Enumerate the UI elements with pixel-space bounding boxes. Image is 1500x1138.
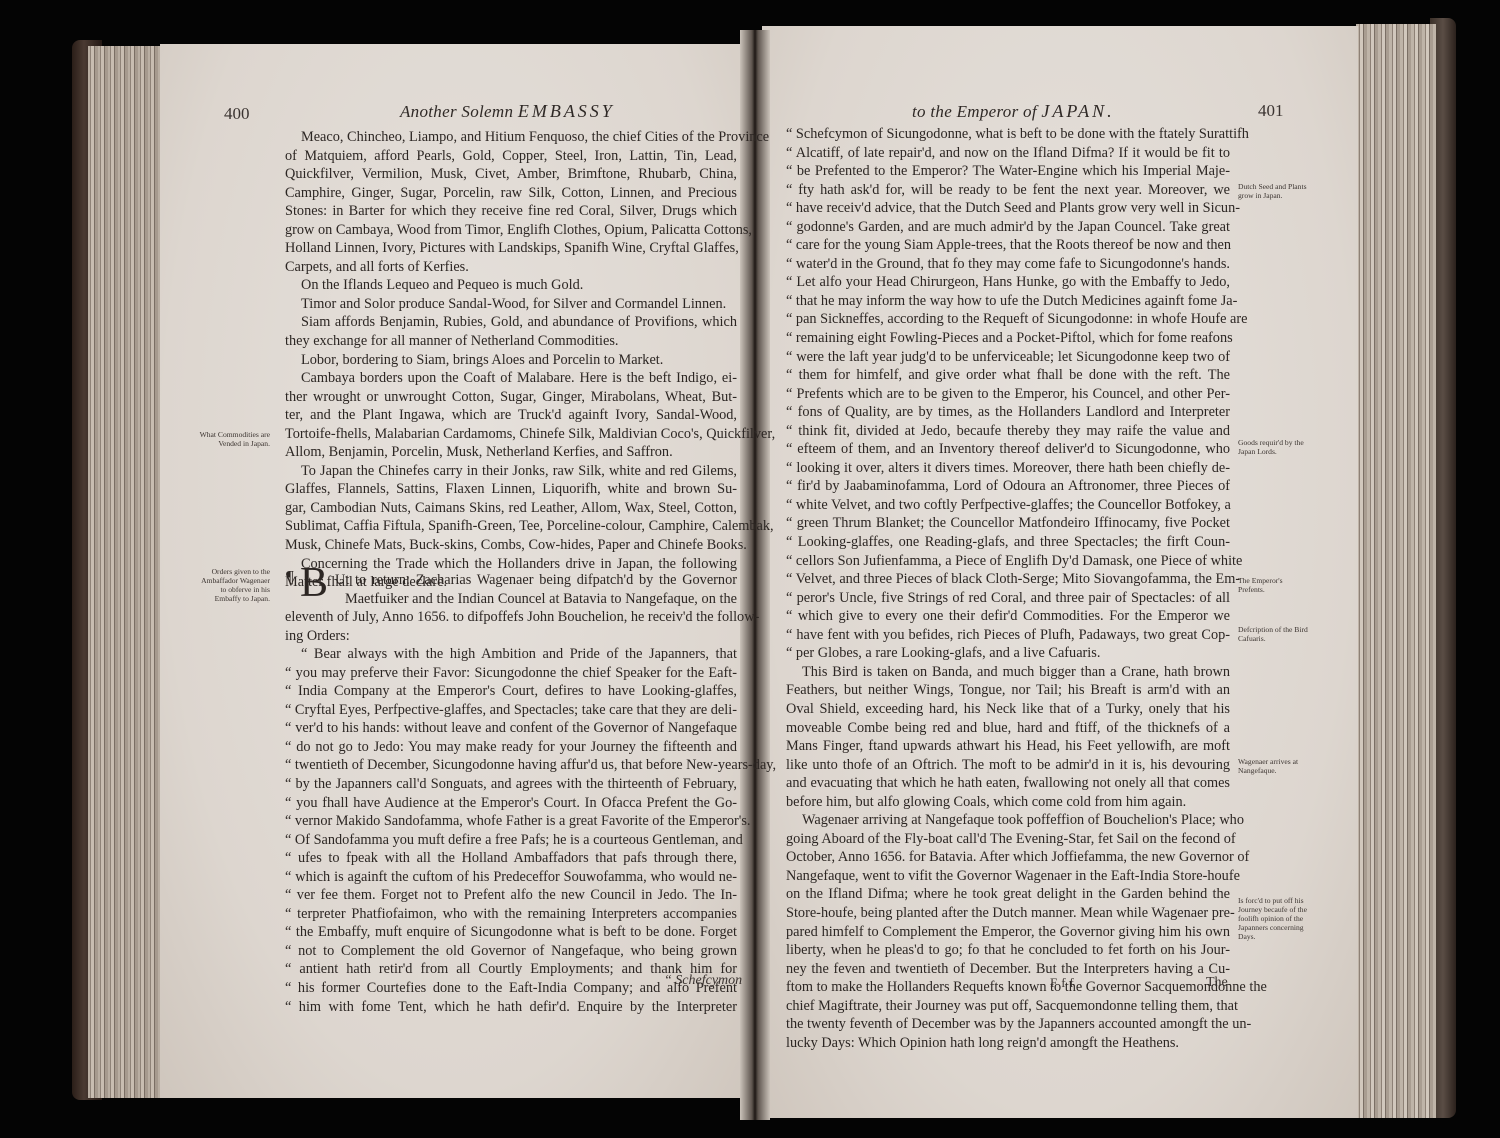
- text-line: Glaffes, Flannels, Sattins, Flaxen Linne…: [285, 480, 737, 499]
- text-line: Cambaya borders upon the Coaft of Malaba…: [285, 369, 737, 388]
- text-line: chief Magiftrate, their Journey was put …: [786, 997, 1230, 1016]
- text-line: moveable Combe being red and blue, hard …: [786, 719, 1230, 738]
- text-line: “ Schefcymon of Sicungodonne, what is be…: [786, 125, 1230, 144]
- margin-note-journey-delayed: Is forc'd to put off his Journey becaufe…: [1238, 896, 1310, 941]
- text-line: and evacuating that which he hath eaten,…: [786, 774, 1230, 793]
- text-line: Carpets, and all forts of Kerfies.: [285, 258, 737, 277]
- text-line: Store-houfe, being planted after the Dut…: [786, 904, 1230, 923]
- text-line: going Aboard of the Fly-boat call'd The …: [786, 830, 1230, 849]
- running-head-left-prefix: Another Solemn: [400, 102, 518, 121]
- text-line: Feathers, but neither Wings, Tongue, nor…: [786, 681, 1230, 700]
- text-line: eleventh of July, Anno 1656. to difpoffe…: [285, 608, 737, 627]
- text-line: Stones: in Barter for which they receive…: [285, 202, 737, 221]
- text-line: To Japan the Chinefes carry in their Jon…: [285, 462, 737, 481]
- text-line: “ have fent with you befides, rich Piece…: [786, 626, 1230, 645]
- text-line: “ you may preferve their Favor: Sicungod…: [285, 664, 737, 683]
- page-number-left: 400: [224, 104, 250, 124]
- text-line: on the Ifland Difma; where he took great…: [786, 885, 1230, 904]
- catchword-right: The: [1206, 975, 1228, 991]
- text-line: Mans Finger, ftand upwards athwart his H…: [786, 737, 1230, 756]
- text-line: gar, Cambodian Nuts, Caimans Skins, red …: [285, 499, 737, 518]
- running-head-left-caps: EMBASSY: [518, 101, 615, 121]
- text-line: “ Velvet, and three Pieces of black Clot…: [786, 570, 1230, 589]
- page-edges-left: [88, 46, 160, 1098]
- margin-note-goods-required: Goods requir'd by the Japan Lords.: [1238, 438, 1310, 456]
- running-head-left: Another Solemn EMBASSY: [400, 101, 615, 122]
- margin-note-wagenaer-arrives: Wagenaer arrives at Nangefaque.: [1238, 757, 1310, 775]
- running-head-right-caps: JAPAN.: [1041, 101, 1114, 121]
- running-head-right: to the Emperor of JAPAN.: [912, 101, 1115, 122]
- text-line: “ were the laft year judg'd to be unferv…: [786, 348, 1230, 367]
- text-line: “ ufes to fpeak with all the Holland Amb…: [285, 849, 737, 868]
- text-line: “ not to Complement the old Governor of …: [285, 942, 737, 961]
- signature-mark: Fff: [1050, 975, 1078, 991]
- text-line: “ looking it over, alters it divers time…: [786, 459, 1230, 478]
- catchword-left: “ Schefcymon: [664, 973, 742, 989]
- text-line: they exchange for all manner of Netherla…: [285, 332, 737, 351]
- page-edges-right: [1356, 24, 1436, 1118]
- text-line: “ fty hath ask'd for, will be ready to b…: [786, 181, 1230, 200]
- text-line: ney the feven and twentieth of December.…: [786, 960, 1230, 979]
- text-line: like unto thofe of an Oftrich. The moft …: [786, 756, 1230, 775]
- book-gutter: [740, 30, 770, 1120]
- text-line: “ efteem of them, and an Inventory there…: [786, 440, 1230, 459]
- text-line: ther wrought or unwrought Cotton, Sugar,…: [285, 388, 737, 407]
- text-line: “ remaining eight Fowling-Pieces and a P…: [786, 329, 1230, 348]
- text-line: “ them for himfelf, and give order what …: [786, 366, 1230, 385]
- left-text-orders: Ut to return: Zacharias Wagenaer being d…: [285, 571, 737, 1016]
- left-text-top: Meaco, Chincheo, Liampo, and Hitium Fenq…: [285, 128, 737, 592]
- text-line: ftom to make the Hollanders Requefts kno…: [786, 978, 1230, 997]
- text-line: “ Cryftal Eyes, Perfpective-glaffes, and…: [285, 701, 737, 720]
- text-line: October, Anno 1656. for Batavia. After w…: [786, 848, 1230, 867]
- text-line: Sublimat, Caffia Fiftula, Spanifh-Green,…: [285, 517, 737, 536]
- text-line: “ vernor Makido Sandofamma, whofe Father…: [285, 812, 737, 831]
- text-line: Musk, Chinefe Mats, Buck-skins, Combs, C…: [285, 536, 737, 555]
- text-line: “ green Thrum Blanket; the Councellor Ma…: [786, 514, 1230, 533]
- text-line: “ Bear always with the high Ambition and…: [285, 645, 737, 664]
- text-line: the twenty feventh of December was by th…: [786, 1015, 1230, 1034]
- text-line: “ India Company at the Emperor's Court, …: [285, 682, 737, 701]
- text-line: “ fons of Quality, are by times, as the …: [786, 403, 1230, 422]
- text-line: Lobor, bordering to Siam, brings Aloes a…: [285, 351, 737, 370]
- text-line: Camphire, Ginger, Sugar, Porcelin, raw S…: [285, 184, 737, 203]
- text-line: “ fir'd by Jaabaminofamma, Lord of Odour…: [786, 477, 1230, 496]
- text-line: “ cellors Son Jufienfamma, a Piece of En…: [786, 552, 1230, 571]
- text-line: “ care for the young Siam Apple-trees, t…: [786, 236, 1230, 255]
- running-head-right-prefix: to the Emperor of: [912, 102, 1041, 121]
- text-line: “ ver fee them. Forget not to Prefent al…: [285, 886, 737, 905]
- margin-note-emperors-presents: The Emperor's Prefents.: [1238, 576, 1310, 594]
- right-text-top: “ Schefcymon of Sicungodonne, what is be…: [786, 125, 1230, 1052]
- text-line: “ white Velvet, and two coftly Perfpecti…: [786, 496, 1230, 515]
- text-line: “ him with fome Tent, which he hath defi…: [285, 998, 737, 1017]
- text-line: Tortoife-fhells, Malabarian Cardamoms, C…: [285, 425, 737, 444]
- margin-note-orders: Orders given to the Ambaffador Wagenaer …: [196, 567, 270, 603]
- text-line: lucky Days: Which Opinion hath long reig…: [786, 1034, 1230, 1053]
- text-line: “ ver'd to his hands: without leave and …: [285, 719, 737, 738]
- text-line: “ Alcatiff, of late repair'd, and now on…: [786, 144, 1230, 163]
- text-line: of Matquiem, afford Pearls, Gold, Copper…: [285, 147, 737, 166]
- page-number-right: 401: [1258, 101, 1284, 121]
- text-line: “ per Globes, a rare Looking-glafs, and …: [786, 644, 1230, 663]
- text-line: Maetfuiker and the Indian Councel at Bat…: [285, 590, 737, 609]
- text-line: “ which give to every one their defir'd …: [786, 607, 1230, 626]
- text-line: Allom, Benjamin, Porcelin, Musk, Netherl…: [285, 443, 737, 462]
- text-line: Timor and Solor produce Sandal-Wood, for…: [285, 295, 737, 314]
- text-line: pared himfelf to Complement the Emperor,…: [786, 923, 1230, 942]
- text-line: “ Prefents which are to be given to the …: [786, 385, 1230, 404]
- margin-note-dutch-seed: Dutch Seed and Plants grow in Japan.: [1238, 182, 1310, 200]
- text-line: “ water'd in the Ground, that fo they ma…: [786, 255, 1230, 274]
- text-line: Ut to return: Zacharias Wagenaer being d…: [285, 571, 737, 590]
- text-line: “ have receiv'd advice, that the Dutch S…: [786, 199, 1230, 218]
- text-line: “ Let alfo your Head Chirurgeon, Hans Hu…: [786, 273, 1230, 292]
- text-line: “ the Embaffy, muft enquire of Sicungodo…: [285, 923, 737, 942]
- text-line: “ think fit, divided at Jedo, becaufe th…: [786, 422, 1230, 441]
- text-line: Oval Shield, exceeding hard, his Neck li…: [786, 700, 1230, 719]
- text-line: Siam affords Benjamin, Rubies, Gold, and…: [285, 313, 737, 332]
- text-line: This Bird is taken on Banda, and much bi…: [786, 663, 1230, 682]
- open-book: 400 Another Solemn EMBASSY Meaco, Chinch…: [0, 0, 1500, 1138]
- margin-note-bird-description: Defcription of the Bird Cafuaris.: [1238, 625, 1310, 643]
- text-line: liberty, when he pleas'd to go; fo that …: [786, 941, 1230, 960]
- text-line: On the Iflands Lequeo and Pequeo is much…: [285, 276, 737, 295]
- text-line: “ Looking-glaffes, one Reading-glafs, an…: [786, 533, 1230, 552]
- text-line: before him, but alfo glowing Coals, whic…: [786, 793, 1230, 812]
- text-line: “ by the Japanners call'd Songuats, and …: [285, 775, 737, 794]
- text-line: Quickfilver, Vermilion, Musk, Civet, Amb…: [285, 165, 737, 184]
- margin-note-commodities: What Commodities are Vended in Japan.: [196, 430, 270, 448]
- text-line: ing Orders:: [285, 627, 737, 646]
- text-line: Nangefaque, went to vifit the Governor W…: [786, 867, 1230, 886]
- text-line: Meaco, Chincheo, Liampo, and Hitium Fenq…: [285, 128, 737, 147]
- text-line: “ pan Sickneffes, according to the Reque…: [786, 310, 1230, 329]
- text-line: grow on Cambaya, Wood from Timor, Englif…: [285, 221, 737, 240]
- text-line: “ which is againft the cuftom of his Pre…: [285, 868, 737, 887]
- text-line: “ godonne's Garden, and are much admir'd…: [786, 218, 1230, 237]
- text-line: “ you fhall have Audience at the Emperor…: [285, 794, 737, 813]
- text-line: “ terpreter Phatfiofaimon, who with the …: [285, 905, 737, 924]
- text-line: Wagenaer arriving at Nangefaque took pof…: [786, 811, 1230, 830]
- text-line: “ do not go to Jedo: You may make ready …: [285, 738, 737, 757]
- text-line: “ that he may inform the way how to ufe …: [786, 292, 1230, 311]
- text-line: Holland Linnen, Ivory, Pictures with Lan…: [285, 239, 737, 258]
- text-line: “ twentieth of December, Sicungodonne ha…: [285, 756, 737, 775]
- text-line: “ Of Sandofamma you muft defire a free P…: [285, 831, 737, 850]
- text-line: ter, and the Plant Ingawa, which are Tru…: [285, 406, 737, 425]
- text-line: “ be Prefented to the Emperor? The Water…: [786, 162, 1230, 181]
- text-line: “ peror's Uncle, five Strings of red Cor…: [786, 589, 1230, 608]
